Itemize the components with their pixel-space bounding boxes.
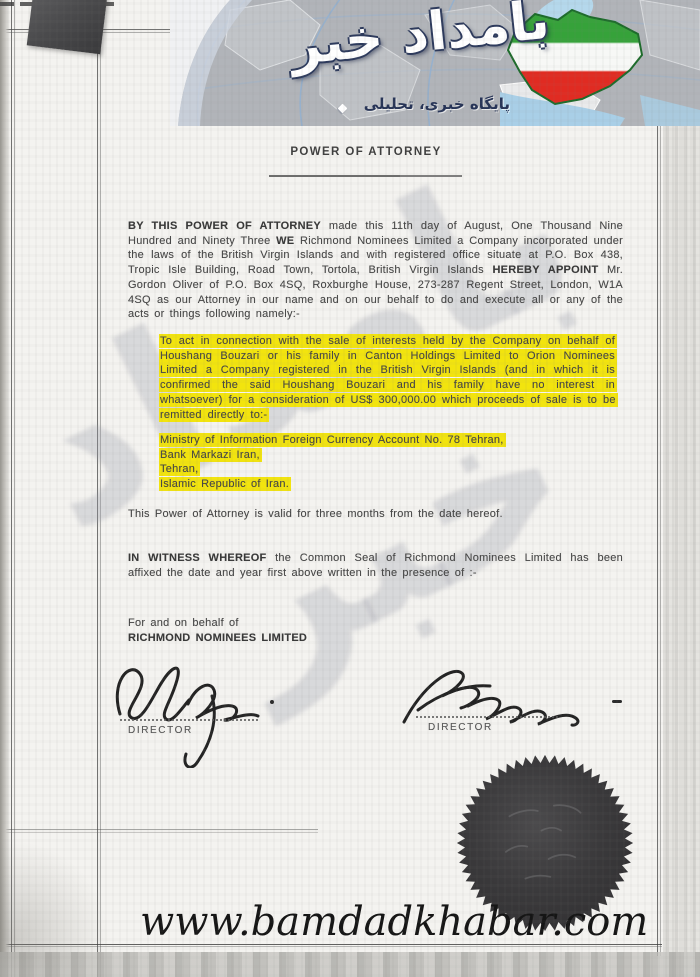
news-site-banner: بامداد خبر پایگاه خبری، تحلیلی: [170, 0, 700, 126]
scan-edge-left: [0, 0, 10, 977]
opening-bold-1: BY THIS POWER OF ATTORNEY: [128, 220, 321, 232]
site-tagline: پایگاه خبری، تحلیلی: [350, 95, 510, 113]
director-label-left: DIRECTOR: [128, 725, 193, 736]
remittance-details: Ministry of Information Foreign Currency…: [159, 433, 617, 492]
company-name: RICHMOND NOMINEES LIMITED: [128, 631, 528, 646]
signature-line-right: [416, 716, 558, 718]
remit-line: Ministry of Information Foreign Currency…: [159, 433, 617, 448]
title-underline: [269, 175, 462, 177]
opening-bold-3: HEREBY APPOINT: [492, 264, 598, 276]
tape-mark: [27, 0, 108, 54]
signature-left-dot: [270, 700, 274, 704]
witness-bold: IN WITNESS WHEREOF: [128, 552, 267, 564]
remit-line: Tehran,: [159, 462, 617, 477]
frame-line-lower: [0, 829, 318, 833]
witness-clause: IN WITNESS WHEREOF the Common Seal of Ri…: [128, 551, 623, 580]
director-label-right: DIRECTOR: [428, 722, 493, 733]
signature-left: [108, 656, 278, 768]
scan-edge-right: [663, 126, 700, 977]
scanned-document-page: بامداد خبر پایگاه خبری، تحلیلی بامداد خب…: [0, 0, 700, 977]
highlighted-clause: To act in connection with the sale of in…: [159, 334, 617, 422]
remit-line: Islamic Republic of Iran.: [159, 477, 617, 492]
signature-line-left: [120, 719, 258, 721]
remit-line: Bank Markazi Iran,: [159, 448, 617, 463]
behalf-line: For and on behalf of: [128, 616, 528, 631]
opening-paragraph: BY THIS POWER OF ATTORNEY made this 11th…: [128, 219, 623, 322]
behalf-block: For and on behalf of RICHMOND NOMINEES L…: [128, 616, 528, 645]
validity-clause: This Power of Attorney is valid for thre…: [128, 507, 628, 522]
opening-bold-2: WE: [276, 235, 294, 247]
scan-smudge: [0, 840, 110, 977]
signature-right-dash: [612, 700, 622, 703]
document-title: POWER OF ATTORNEY: [170, 146, 562, 158]
frame-line-right: [657, 126, 661, 956]
website-url: www.bamdadkhabar.com: [140, 899, 570, 945]
